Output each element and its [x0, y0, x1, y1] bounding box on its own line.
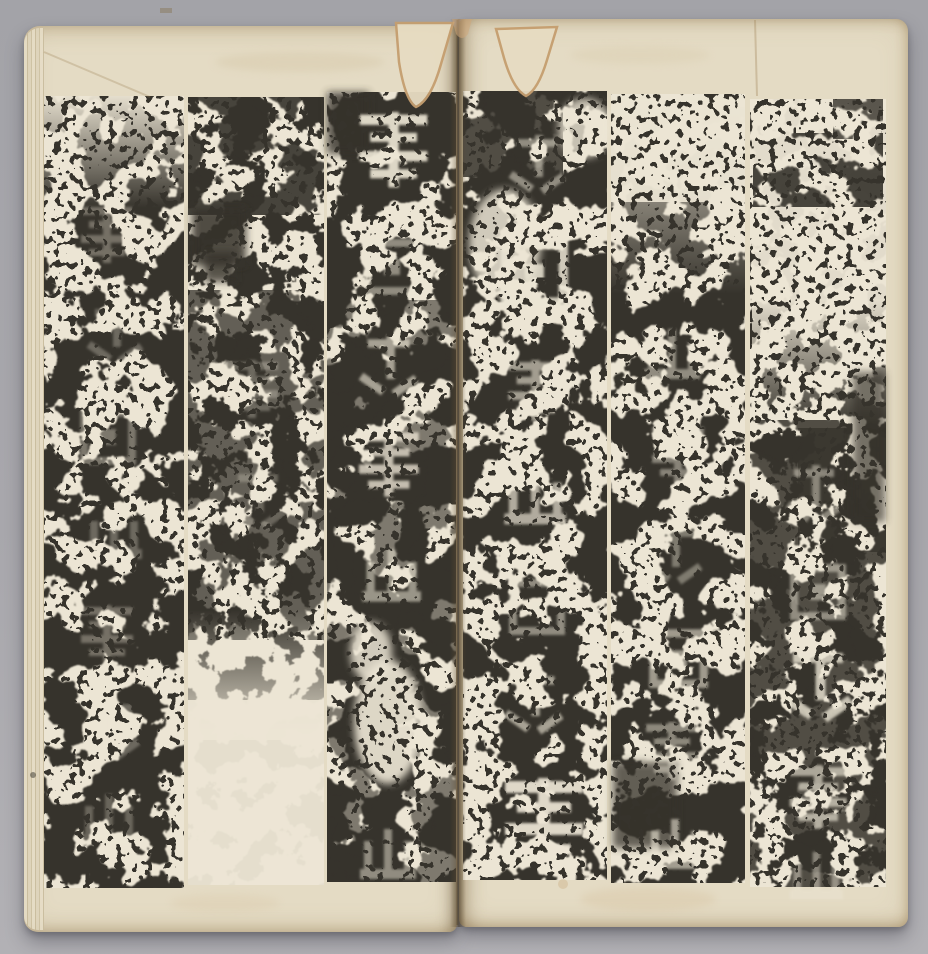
water-stain-right — [496, 27, 557, 96]
margin-smudge — [570, 46, 710, 64]
rubbing-column-left-1 — [44, 96, 184, 888]
rubbing-column-left-2 — [188, 97, 324, 885]
edge-fleck — [160, 8, 172, 13]
rubbing-column-right-3 — [750, 99, 886, 899]
rubbing-texture-overlay — [0, 0, 928, 954]
speckle-layer — [611, 94, 745, 883]
blank-paper-foot — [188, 700, 324, 885]
rubbing-column-left-3 — [327, 92, 456, 882]
margin-stain — [170, 894, 280, 912]
speckle-layer — [463, 91, 607, 880]
speckle-layer — [327, 92, 456, 882]
speckle-layer — [750, 99, 886, 887]
rubbing-column-right-1 — [463, 91, 612, 880]
foxing-dot — [558, 879, 568, 889]
margin-smudge — [215, 52, 385, 72]
photograph-of-rubbing-album — [0, 0, 928, 954]
speckle-layer — [44, 96, 184, 888]
margin-stain — [580, 887, 716, 911]
fold-crease — [755, 20, 757, 96]
speckle-layer — [188, 97, 324, 640]
corner-crease — [44, 52, 150, 97]
rubbing-column-right-2 — [611, 94, 745, 883]
ink-dot — [30, 772, 36, 778]
